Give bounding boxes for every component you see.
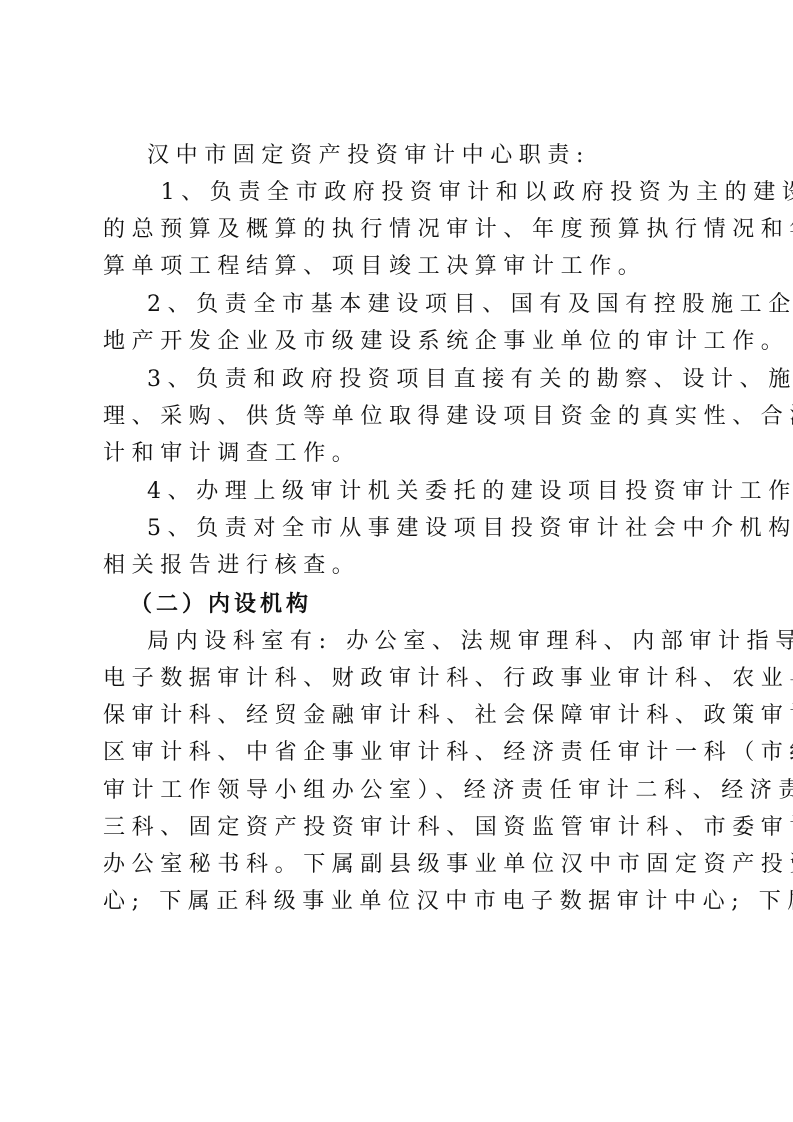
duty-2-line-2: 地产开发企业及市级建设系统企事业单位的审计工作。: [103, 327, 688, 357]
duty-1-line-2: 的总预算及概算的执行情况审计、年度预算执行情况和年 度决: [103, 215, 688, 245]
duty-5-line-1: 5、负责对全市从事建设项目投资审计社会中介机构出具的: [147, 514, 688, 544]
duty-3-line-1: 3、负责和政府投资项目直接有关的勘察、设计、施工、监: [147, 365, 688, 395]
duty-4-line-1: 4、办理上级审计机关委托的建设项目投资审计工作。: [147, 477, 688, 507]
departments-line-2: 电子数据审计科、财政审计科、行政事业审计科、农业与资源环: [103, 664, 688, 694]
center-duties-title: 汉中市固定资产投资审计中心职责:: [147, 141, 688, 171]
duty-3-line-3: 计和审计调查工作。: [103, 439, 688, 469]
duty-2-line-1: 2、负责全市基本建设项目、国有及国有控股施工企业、房: [147, 290, 688, 320]
departments-line-8: 心; 下属正科级事业单位汉中市电子数据审计中心; 下属正科级: [103, 887, 688, 917]
departments-line-4: 区审计科、中省企事业审计科、经济责任审计一科（市经济责任: [103, 738, 688, 768]
duty-1-line-1: 1、负责全市政府投资审计和以政府投资为主的建设项 目: [147, 178, 688, 208]
duty-5-line-2: 相关报告进行核查。: [103, 551, 688, 581]
departments-line-7: 办公室秘书科。下属副县级事业单位汉中市固定资产投资审计中: [103, 850, 688, 880]
document-page: 汉中市固定资产投资审计中心职责: 1、负责全市政府投资审计和以政府投资为主的建设…: [0, 0, 793, 1122]
duty-1-line-3: 算单项工程结算、项目竣工决算审计工作。: [103, 252, 688, 282]
departments-line-1: 局内设科室有: 办公室、法规审理科、内部审计指导监督科、: [147, 627, 688, 657]
departments-line-3: 保审计科、经贸金融审计科、社会保障审计科、政策审计科、园: [103, 701, 688, 731]
departments-line-6: 三科、固定资产投资审计科、国资监管审计科、市委审计委员会: [103, 813, 688, 843]
duty-3-line-2: 理、采购、供货等单位取得建设项目资金的真实性、合法 性审: [103, 402, 688, 432]
section-heading-internal-structure: （二）内设机构: [130, 589, 715, 619]
departments-line-5: 审计工作领导小组办公室）、经济责任审计二科、经济责任审计: [103, 776, 688, 806]
